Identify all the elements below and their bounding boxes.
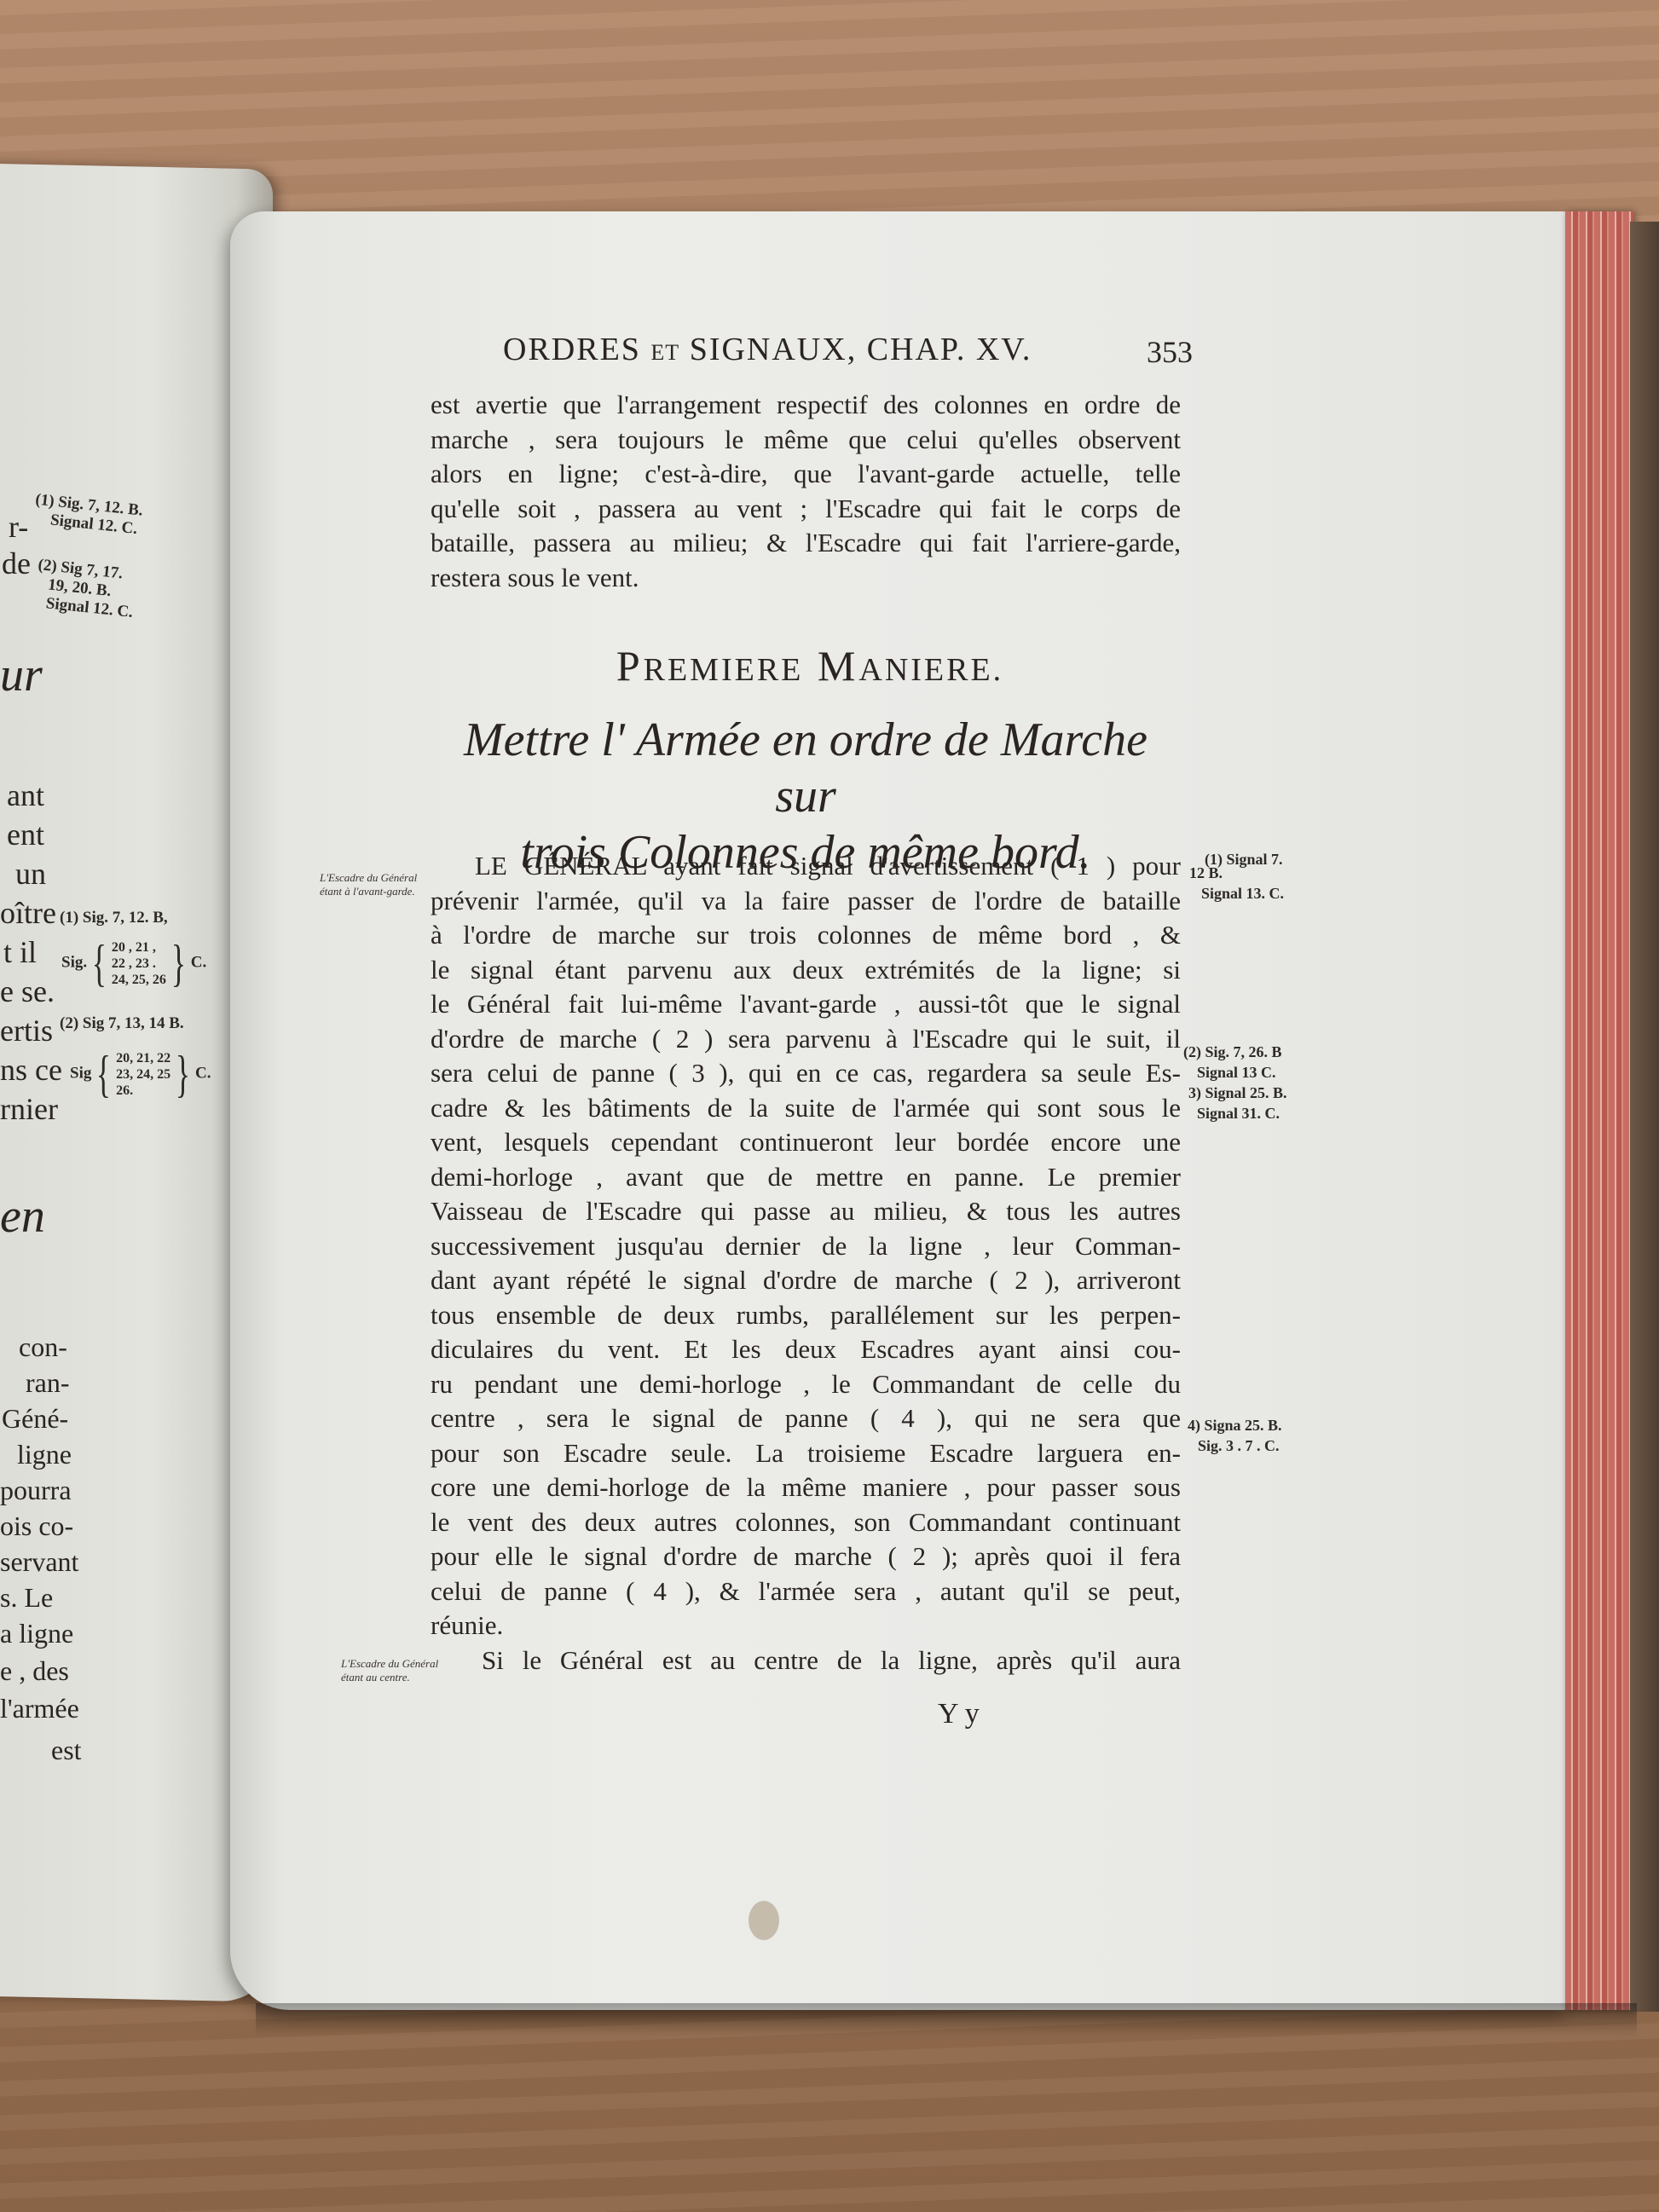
text-line: bataille, passera au milieu; & l'Escadre… — [431, 526, 1181, 561]
text-line: réunie. — [431, 1608, 1181, 1643]
left-margin-note: (2) Sig 7, 17. 19, 20. B. Signal 12. C. — [33, 556, 138, 622]
note-suffix: C. — [195, 1064, 211, 1082]
note-line: 24, 25, 26 — [112, 972, 166, 988]
left-fragment: ran- — [26, 1367, 70, 1399]
left-fragment: e se. — [0, 973, 55, 1009]
margin-note-avant-garde: L'Escadre du Général étant à l'avant-gar… — [320, 871, 422, 898]
note-line: 22 , 23 . — [112, 956, 166, 972]
page-shadow — [256, 2003, 1637, 2037]
text-line: pour son Escadre seule. La troisieme Esc… — [431, 1436, 1181, 1471]
left-fragment: servant — [0, 1546, 78, 1578]
left-fragment: rnier — [0, 1091, 58, 1127]
title-initial: M — [818, 642, 858, 690]
left-margin-note-brace: Sig.{20 , 21 ,22 , 23 .24, 25, 26}C. — [61, 938, 206, 989]
note-line: 3) Signal 25. B. — [1183, 1083, 1287, 1103]
text-line: ru pendant une demi-horloge , le Command… — [431, 1367, 1181, 1402]
text-line: celui de panne ( 4 ), & l'armée sera , a… — [431, 1574, 1181, 1609]
running-head-title: ORDRES — [503, 332, 641, 367]
text-line: centre , sera le signal de panne ( 4 ), … — [431, 1401, 1181, 1436]
left-fragment: en — [0, 1189, 45, 1244]
note-line: (2) Sig 7, 13, 14 B. — [60, 1014, 184, 1033]
brace-content: 20, 21, 2223, 24, 2526. — [116, 1050, 171, 1099]
text-line: successivement jusqu'au dernier de la li… — [431, 1229, 1181, 1264]
running-head-chapter: CHAP. XV. — [867, 332, 1032, 367]
subtitle-line: Mettre l' Armée en ordre de Marche sur — [431, 712, 1181, 824]
text-line: le Général fait lui-même l'avant-garde ,… — [431, 987, 1181, 1022]
note-line: Sig. 3 . 7 . C. — [1188, 1435, 1282, 1456]
note-label: Sig — [70, 1064, 91, 1082]
margin-note-centre: L'Escadre du Général étant au centre. — [341, 1657, 443, 1684]
text-line: prévenir l'armée, qu'il va la faire pass… — [431, 884, 1181, 919]
text-line: demi-horloge , avant que de mettre en pa… — [431, 1160, 1181, 1195]
brace-right-icon: } — [171, 938, 186, 989]
text-line: d'ordre de marche ( 2 ) sera parvenu à l… — [431, 1022, 1181, 1057]
text-line: qu'elle soit , passera au vent ; l'Escad… — [431, 492, 1181, 527]
running-head-signaux: SIGNAUX, — [690, 332, 858, 367]
text-line: core une demi-horloge de la même maniere… — [431, 1470, 1181, 1505]
note-label: Sig. — [61, 953, 87, 971]
left-fragment: r- — [9, 509, 28, 545]
note-line: 20 , 21 , — [112, 939, 166, 956]
left-fragment: ois co- — [0, 1510, 73, 1542]
brace-left-icon: { — [96, 1048, 111, 1100]
text-line: le signal étant parvenu aux deux extrémi… — [431, 953, 1181, 988]
left-margin-note: (2) Sig 7, 13, 14 B. — [60, 1014, 184, 1033]
margin-note-signal-2-3: (2) Sig. 7, 26. B Signal 13 C. 3) Signal… — [1183, 1042, 1287, 1123]
left-fragment: s. Le — [0, 1582, 53, 1614]
left-fragment: pourra — [0, 1475, 72, 1506]
text-line: restera sous le vent. — [431, 561, 1181, 596]
left-fragment: ns ce — [0, 1052, 62, 1088]
note-line: 26. — [116, 1083, 171, 1099]
text-line: diculaires du vent. Et les deux Escadres… — [431, 1332, 1181, 1367]
text-line: est avertie que l'arrangement respectif … — [431, 388, 1181, 423]
left-fragment: ant — [7, 777, 44, 813]
text-line: le vent des deux autres colonnes, son Co… — [431, 1505, 1181, 1540]
text-line: dant ayant répété le signal d'ordre de m… — [431, 1263, 1181, 1298]
note-line: Signal 31. C. — [1183, 1103, 1287, 1123]
left-fragment: t il — [3, 934, 37, 970]
note-line: 20, 21, 22 — [116, 1050, 171, 1066]
note-line: Signal 13 C. — [1183, 1062, 1287, 1083]
left-fragment: a ligne — [0, 1618, 73, 1649]
brace-content: 20 , 21 ,22 , 23 .24, 25, 26 — [112, 939, 166, 988]
title-initial: P — [616, 642, 644, 690]
left-fragment: con- — [19, 1331, 67, 1363]
margin-note-signal-1: (1) Signal 7. 12 B. Signal 13. C. — [1189, 849, 1284, 904]
text-line: alors en ligne; c'est-à-dire, que l'avan… — [431, 457, 1181, 492]
text-line: Si le Général est au centre de la ligne,… — [431, 1643, 1181, 1678]
note-line: (1) Sig. 7, 12. B, — [60, 909, 168, 927]
text-line: marche , sera toujours le même que celui… — [431, 423, 1181, 458]
left-fragment: est — [51, 1735, 82, 1766]
left-fragment: de — [2, 546, 31, 581]
intro-paragraph: est avertie que l'arrangement respectif … — [431, 388, 1181, 595]
left-fragment: ligne — [17, 1439, 72, 1470]
brace-left-icon: { — [92, 938, 107, 989]
text-line: Vaisseau de l'Escadre qui passe au milie… — [431, 1194, 1181, 1229]
left-margin-note-brace: Sig{20, 21, 2223, 24, 2526.}C. — [70, 1048, 211, 1100]
note-line: 23, 24, 25 — [116, 1066, 171, 1083]
note-line: (2) Sig. 7, 26. B — [1183, 1042, 1287, 1062]
left-fragment: Géné- — [2, 1403, 68, 1435]
running-head-et: ET — [650, 340, 679, 365]
left-fragment: oître — [0, 895, 56, 931]
note-line: Signal 13. C. — [1189, 883, 1284, 904]
text-line: à l'ordre de marche sur trois colonnes d… — [431, 918, 1181, 953]
text-line: sera celui de panne ( 3 ), qui en ce cas… — [431, 1056, 1181, 1091]
signature-mark: Y y — [938, 1698, 980, 1730]
left-fragment: e , des — [0, 1655, 69, 1687]
left-fragment: ent — [7, 817, 44, 852]
book-cover-edge — [1630, 222, 1659, 2012]
section-title: PREMIERE MANIERE. — [477, 641, 1142, 690]
page-number: 353 — [1147, 334, 1193, 370]
title-rest: ANIERE. — [858, 652, 1003, 688]
left-fragment: ur — [0, 648, 43, 702]
text-line: pour elle le signal d'ordre de marche ( … — [431, 1539, 1181, 1574]
left-fragment: ertis — [0, 1013, 53, 1048]
text-line: tous ensemble de deux rumbs, paralléleme… — [431, 1298, 1181, 1333]
brace-right-icon: } — [176, 1048, 190, 1100]
margin-note-signal-4: 4) Signa 25. B. Sig. 3 . 7 . C. — [1188, 1415, 1282, 1456]
page-edges-red — [1565, 211, 1633, 2010]
left-fragment: l'armée — [0, 1693, 79, 1724]
text-line: vent, lesquels cependant continueront le… — [431, 1125, 1181, 1160]
left-fragment: un — [15, 856, 46, 892]
main-paragraph: LE GÉNÉRAL ayant fait signal d'avertisse… — [431, 849, 1181, 1678]
left-margin-note: (1) Sig. 7, 12. B, — [60, 909, 168, 927]
running-head: ORDRES ET SIGNAUX, CHAP. XV. — [503, 331, 1185, 368]
note-suffix: C. — [191, 953, 206, 971]
paper-stain — [749, 1901, 779, 1940]
title-rest: REMIERE — [644, 652, 804, 688]
text-line: LE GÉNÉRAL ayant fait signal d'avertisse… — [431, 849, 1181, 884]
note-line: 4) Signa 25. B. — [1188, 1415, 1282, 1435]
text-line: cadre & les bâtiments de la suite de l'a… — [431, 1091, 1181, 1126]
